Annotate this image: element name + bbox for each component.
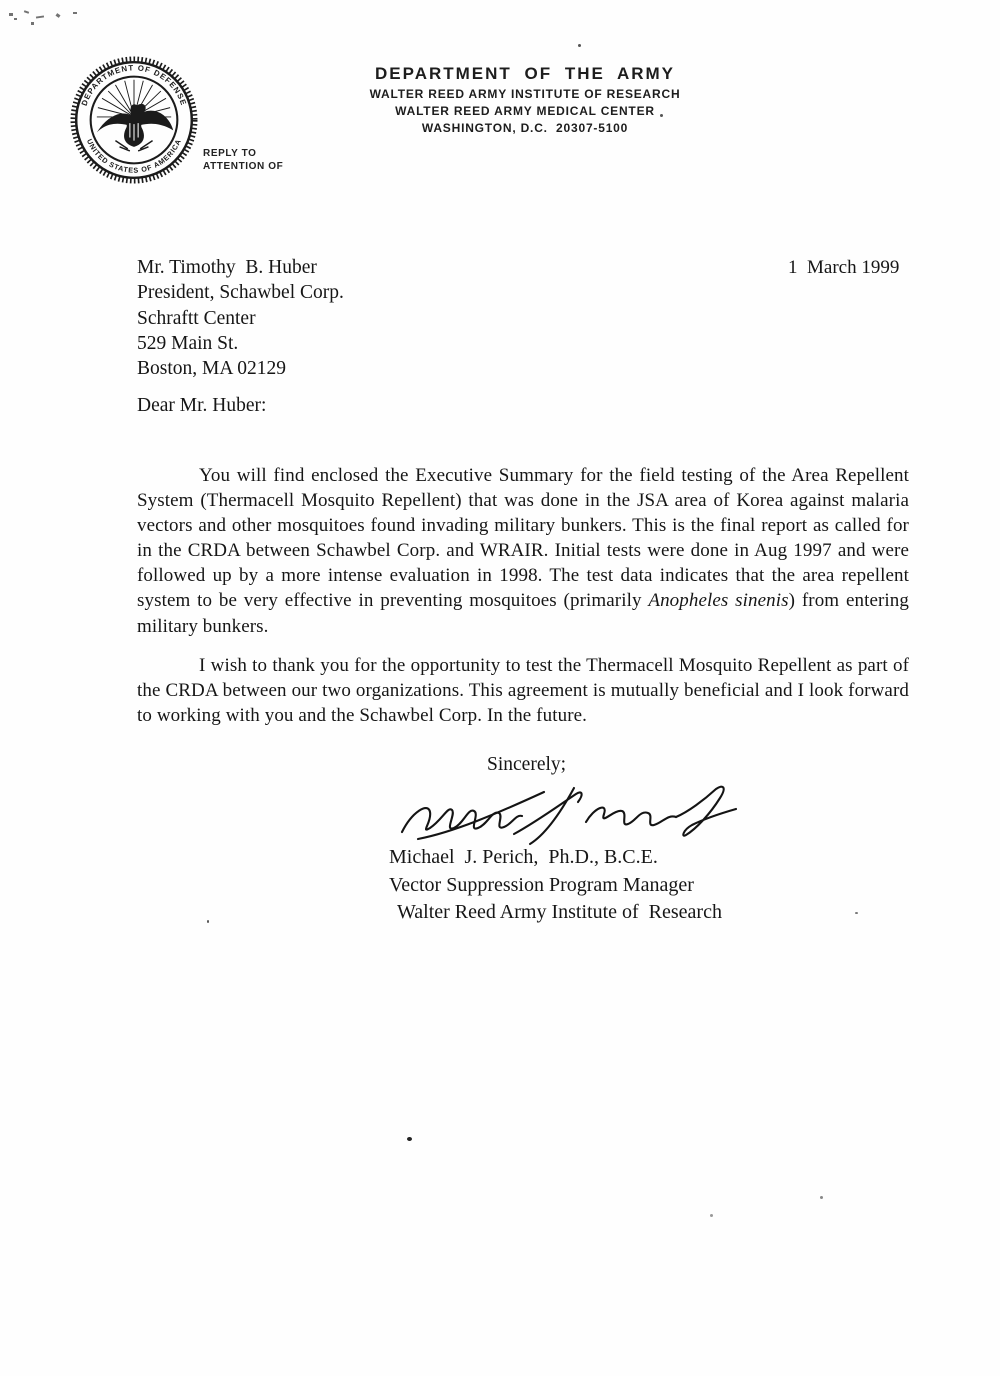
recipient-address-line1: Schraftt Center (137, 306, 344, 331)
scan-speck (73, 12, 77, 14)
scan-speck (14, 18, 17, 20)
signer-organization: Walter Reed Army Institute of Research (389, 899, 722, 927)
dod-seal: DEPARTMENT OF DEFENSE UNITED STATES OF A… (70, 56, 198, 184)
signer-title: Vector Suppression Program Manager (389, 872, 722, 900)
scan-speck (31, 22, 34, 25)
reply-to-line2: ATTENTION OF (203, 160, 283, 173)
letterhead-city-zip: WASHINGTON, D.C. 20307-5100 (290, 121, 760, 135)
recipient-address-line3: Boston, MA 02129 (137, 356, 344, 381)
body-paragraph-1: You will find enclosed the Executive Sum… (137, 463, 909, 639)
scan-speck (855, 912, 858, 914)
scan-speck (207, 920, 209, 923)
scan-speck (24, 10, 29, 14)
signature-stroke-underline (418, 792, 544, 839)
dod-eagle-icon (97, 80, 173, 151)
scan-speck (36, 15, 44, 18)
signer-block: Michael J. Perich, Ph.D., B.C.E. Vector … (389, 844, 722, 927)
reply-to-line1: REPLY TO (203, 147, 283, 160)
scan-speck (820, 1196, 823, 1199)
signer-name: Michael J. Perich, Ph.D., B.C.E. (389, 844, 722, 872)
reply-to-note: REPLY TO ATTENTION OF (203, 147, 283, 173)
signature-stroke-tail (676, 787, 736, 836)
recipient-address-line2: 529 Main St. (137, 331, 344, 356)
letterhead: DEPARTMENT OF THE ARMY WALTER REED ARMY … (290, 64, 760, 135)
recipient-name: Mr. Timothy B. Huber (137, 255, 344, 280)
scan-speck (710, 1214, 713, 1217)
letterhead-institute: WALTER REED ARMY INSTITUTE OF RESEARCH (290, 87, 760, 101)
signature-stroke-first (402, 808, 522, 832)
letter-page: DEPARTMENT OF DEFENSE UNITED STATES OF A… (0, 0, 1000, 1376)
body-paragraph-2: I wish to thank you for the opportunity … (137, 653, 909, 728)
letterhead-department: DEPARTMENT OF THE ARMY (290, 64, 760, 84)
recipient-address: Mr. Timothy B. Huber President, Schawbel… (137, 255, 344, 381)
scan-speck (9, 13, 13, 16)
scan-speck (407, 1137, 412, 1141)
valediction: Sincerely; (487, 754, 566, 776)
signature-stroke-lastname (586, 808, 676, 826)
paragraph1-species-name: Anopheles sinenis (648, 590, 788, 611)
letter-date: 1 March 1999 (788, 257, 899, 279)
recipient-title: President, Schawbel Corp. (137, 280, 344, 305)
salutation: Dear Mr. Huber: (137, 395, 266, 417)
scan-speck (56, 13, 61, 18)
scan-speck (578, 44, 581, 47)
letterhead-medical-center: WALTER REED ARMY MEDICAL CENTER (290, 104, 760, 118)
